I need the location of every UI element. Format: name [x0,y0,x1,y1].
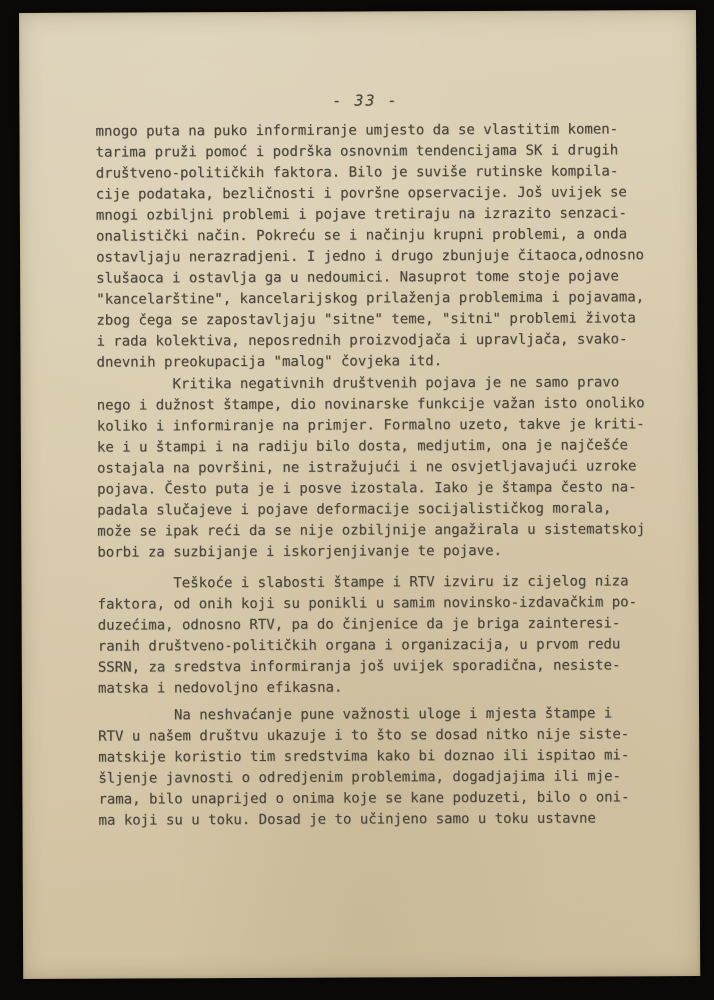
text-line: šljenje javnosti o odredjenim problemima… [98,766,679,790]
text-line: matskije koristio tim sredstvima kako bi… [98,745,679,769]
text-line: padala slučajeve i pojave deformacije so… [97,498,678,522]
text-line: dnevnih preokupacija "malog" čovjeka itd… [96,350,677,374]
text-line: može se ipak reći da se nije ozbiljnije … [97,519,678,543]
text-line: pojava. Često puta je i posve izostala. … [97,477,678,501]
text-line: tarima pruži pomoć i podrška osnovnim te… [96,140,677,164]
text-line: ostajala na površini, ne istražujući i n… [97,456,678,480]
paragraph-4: Na neshvaćanje pune važnosti uloge i mje… [98,703,680,832]
text-line: rama, bilo unaprijed o onima koje se kan… [98,787,679,811]
text-line: "kancelarštine", kancelarijskog prilažen… [96,287,677,311]
text-line: matska i nedovoljno efikasna. [98,676,679,700]
paragraph-1: mnogo puta na puko informiranje umjesto … [95,119,677,374]
text-line: koliko i informiranje na primjer. Formal… [97,414,678,438]
paragraph-3: Teškoće i slabosti štampe i RTV izviru i… [97,571,679,700]
text-line: borbi za suzbijanje i iskorjenjivanje te… [97,540,678,564]
text-line: ma koji su u toku. Dosad je to učinjeno … [98,808,679,832]
text-line: ostavljaju nerazradjeni. I jedno i drugo… [96,245,677,269]
document-page: - 33 - mnogo puta na puko informiranje u… [19,10,700,979]
text-line: Na neshvaćanje pune važnosti uloge i mje… [98,703,679,727]
text-line: slušaoca i ostavlja ga u nedoumici. Nasu… [96,266,677,290]
typewritten-text-block: mnogo puta na puko informiranje umjesto … [95,119,679,832]
text-line: društveno-političkih faktora. Bilo je su… [96,161,677,185]
text-line: Kritika negativnih društvenih pojava je … [97,372,678,396]
paragraph-2: Kritika negativnih društvenih pojava je … [97,372,679,564]
page-number: - 33 - [95,89,635,112]
text-line: ranih društveno-političkih organa i orga… [98,634,679,658]
scan-backdrop: - 33 - mnogo puta na puko informiranje u… [0,0,714,1000]
text-line: zbog čega se zapostavljaju "sitne" teme,… [96,308,677,332]
text-line: Teškoće i slabosti štampe i RTV izviru i… [97,571,678,595]
text-line: mnogo puta na puko informiranje umjesto … [95,119,676,143]
text-line: mnogi ozbiljni problemi i pojave tretira… [96,203,677,227]
text-line: SSRN, za sredstva informiranja još uvije… [98,655,679,679]
text-line: i rada kolektiva, neposrednih proizvodja… [96,329,677,353]
text-line: nego i dužnost štampe, dio novinarske fu… [97,393,678,417]
text-line: onalistički način. Pokreću se i načinju … [96,224,677,248]
text-line: ke i u štampi i na radiju bilo dosta, me… [97,435,678,459]
text-line: faktora, od onih koji su ponikli u samim… [98,592,679,616]
text-line: duzećima, odnosno RTV, pa do činjenice d… [98,613,679,637]
text-line: cije podataka, bezličnosti i površne ops… [96,182,677,206]
text-line: RTV u našem društvu ukazuje i to što se … [98,724,679,748]
